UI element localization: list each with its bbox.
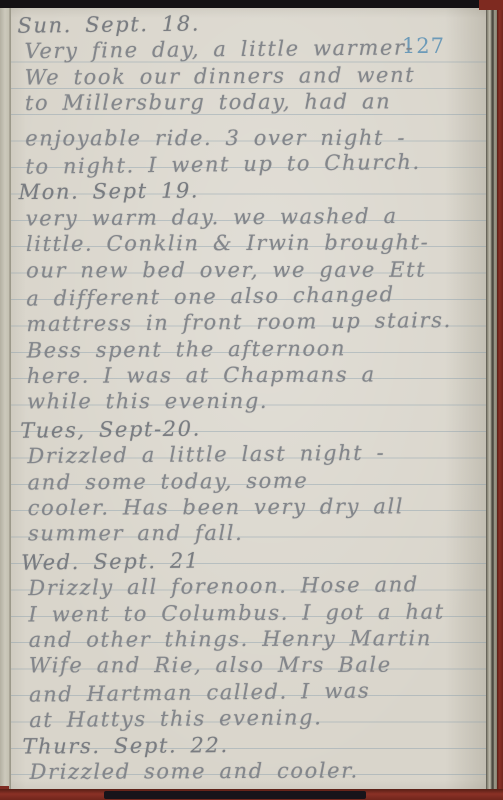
handwritten-line: and other things. Henry Martin	[29, 625, 472, 653]
diary-page: 127 Sun. Sept. 18.Very fine day, a littl…	[0, 0, 487, 800]
handwritten-line: at Hattys this evening.	[29, 703, 472, 734]
handwritten-line: Drizzled a little last night -	[27, 439, 470, 470]
book-cover-right-edge	[497, 0, 503, 800]
diary-photo: 127 Sun. Sept. 18.Very fine day, a littl…	[0, 0, 503, 800]
handwritten-line: mattress in front room up stairs.	[26, 307, 469, 338]
handwritten-line: Drizzled some and cooler.	[30, 757, 473, 785]
diary-date-line: Thurs. Sept. 22.	[22, 730, 472, 760]
handwritten-line: to Millersburg today, had an	[25, 88, 468, 116]
handwritten-line: summer and fall.	[28, 520, 471, 547]
handwritten-line: We took our dinners and went	[25, 61, 468, 90]
bottom-black-band	[104, 791, 366, 799]
handwritten-line: Bess spent the afternoon	[27, 334, 470, 363]
handwritten-line: and some today, some	[27, 466, 470, 495]
handwritten-line: while this evening.	[27, 388, 470, 415]
handwritten-line: Wife and Rie, also Mrs Bale	[29, 652, 472, 679]
handwritten-line: little. Conklin & Irwin brought-	[26, 229, 469, 257]
handwritten-line: Very fine day, a little warmer-	[24, 34, 467, 65]
left-page-gutter	[0, 0, 11, 800]
handwritten-line: I went to Columbus. I got a hat	[28, 598, 471, 627]
handwritten-text-block: Sun. Sept. 18.Very fine day, a little wa…	[17, 8, 472, 785]
handwritten-line: our new bed over, we gave Ett	[26, 256, 469, 283]
handwritten-line: cooler. Has been very dry all	[28, 493, 471, 521]
book-page-edges	[486, 0, 497, 800]
handwritten-line: Drizzly all forenoon. Hose and	[28, 571, 471, 602]
book-cover-top-right-corner	[479, 0, 503, 10]
diary-date-line: Mon. Sept 19.	[18, 175, 468, 206]
handwritten-line: here. I was at Chapmans a	[27, 361, 470, 389]
handwritten-line: very warm day. we washed a	[26, 202, 469, 231]
top-black-strip	[0, 0, 484, 8]
handwritten-line: enjoyable ride. 3 over night -	[25, 124, 468, 151]
